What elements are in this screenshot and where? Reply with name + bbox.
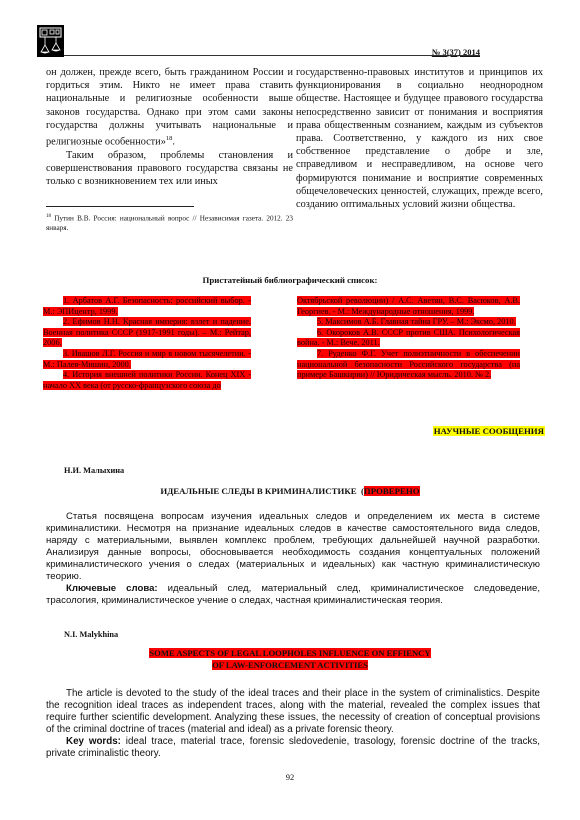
bibliography-column-right: Октябрьской революции) / А.С. Аветян, В.… [297,296,520,381]
journal-logo [37,25,64,57]
bibliography-title: Пристатейный библиографический список: [0,275,580,285]
article-title-ru: ИДЕАЛЬНЫЕ СЛЕДЫ В КРИМИНАЛИСТИКЕ (ПРОВЕР… [0,486,580,496]
abstract-ru-text: Статья посвящена вопросам изучения идеал… [46,511,540,583]
author-en: N.I. Malykhina [64,630,118,639]
body-paragraph: он должен, прежде всего, быть гражданино… [46,66,293,149]
body-column-left: он должен, прежде всего, быть гражданино… [46,66,293,188]
issue-number: № 3(37) 2014 [432,47,480,57]
body-column-right: государственно-правовых институтов и при… [296,66,543,211]
footnote-rule [46,206,194,207]
section-label: НАУЧНЫЕ СООБЩЕНИЯ [433,426,545,436]
abstract-en-text: The article is devoted to the study of t… [46,688,540,736]
bibliography-column-left: 1. Арбатов А.Г. Безопасность: российский… [43,296,251,391]
status-flag: ПРОВЕРЕНО [364,486,420,496]
header-rule [64,55,480,56]
abstract-en: The article is devoted to the study of t… [46,688,540,760]
bibliography-item: 1. Арбатов А.Г. Безопасность: российский… [43,296,251,317]
title-en-line1: SOME ASPECTS OF LEGAL LOOPHOLES INFLUENC… [149,648,430,658]
author-ru: Н.И. Малыхина [64,466,124,475]
footnote-number: 18 [46,214,51,219]
abstract-ru: Статья посвящена вопросам изучения идеал… [46,511,540,607]
footnote: 18 Путин В.В. Россия: национальный вопро… [46,212,293,233]
keywords-en: Key words: ideal trace, material trace, … [46,736,540,760]
bibliography-item: 4. История внешней политики России. Коне… [43,370,251,391]
title-en-line2: OF LAW-ENFORCEMENT ACTIVITIES [212,660,368,670]
bibliography-item: 7. Руденко Ф.Г. Учет полиэтничности в об… [297,349,520,381]
bibliography-item: 5. Максимов А.Б. Главная тайна ГРУ. – М.… [297,317,520,328]
bibliography-item: 6. Окороков А.В. СССР против США. Психол… [297,328,520,349]
body-paragraph: государственно-правовых институтов и при… [296,66,543,211]
footnote-text: Путин В.В. Россия: национальный вопрос /… [46,214,293,232]
title-ru-text: ИДЕАЛЬНЫЕ СЛЕДЫ В КРИМИНАЛИСТИКЕ [160,486,356,496]
page-number: 92 [0,772,580,782]
scales-of-justice-logo-icon [37,25,64,57]
bibliography-item: 2. Ефимов Н.Н. Красная империя: взлет и … [43,317,251,349]
article-title-en: SOME ASPECTS OF LEGAL LOOPHOLES INFLUENC… [0,648,580,671]
bibliography-item: 3. Ивашов Л.Г. Россия и мир в новом тыся… [43,349,251,370]
body-paragraph: Таким образом, проблемы становления и со… [46,149,293,189]
bibliography-item-continuation: Октябрьской революции) / А.С. Аветян, В.… [297,296,520,317]
keywords-ru: Ключевые слова: идеальный след, материал… [46,583,540,607]
